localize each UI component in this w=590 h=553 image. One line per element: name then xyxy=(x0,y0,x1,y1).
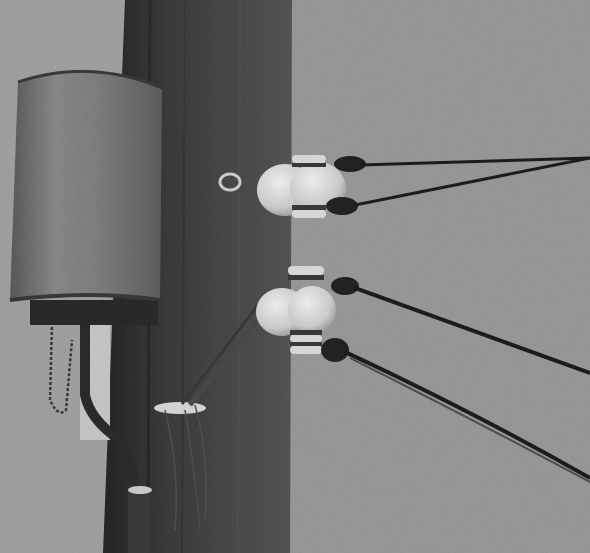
wire-tie xyxy=(326,197,358,215)
photo-illustration xyxy=(0,0,590,553)
can-base xyxy=(30,300,158,325)
wire-tie xyxy=(321,338,349,362)
wire-tie xyxy=(331,277,359,295)
wire-bundle-clamp xyxy=(154,402,206,414)
photo-scene: Black-and-white photograph of a wooden u… xyxy=(0,0,590,553)
